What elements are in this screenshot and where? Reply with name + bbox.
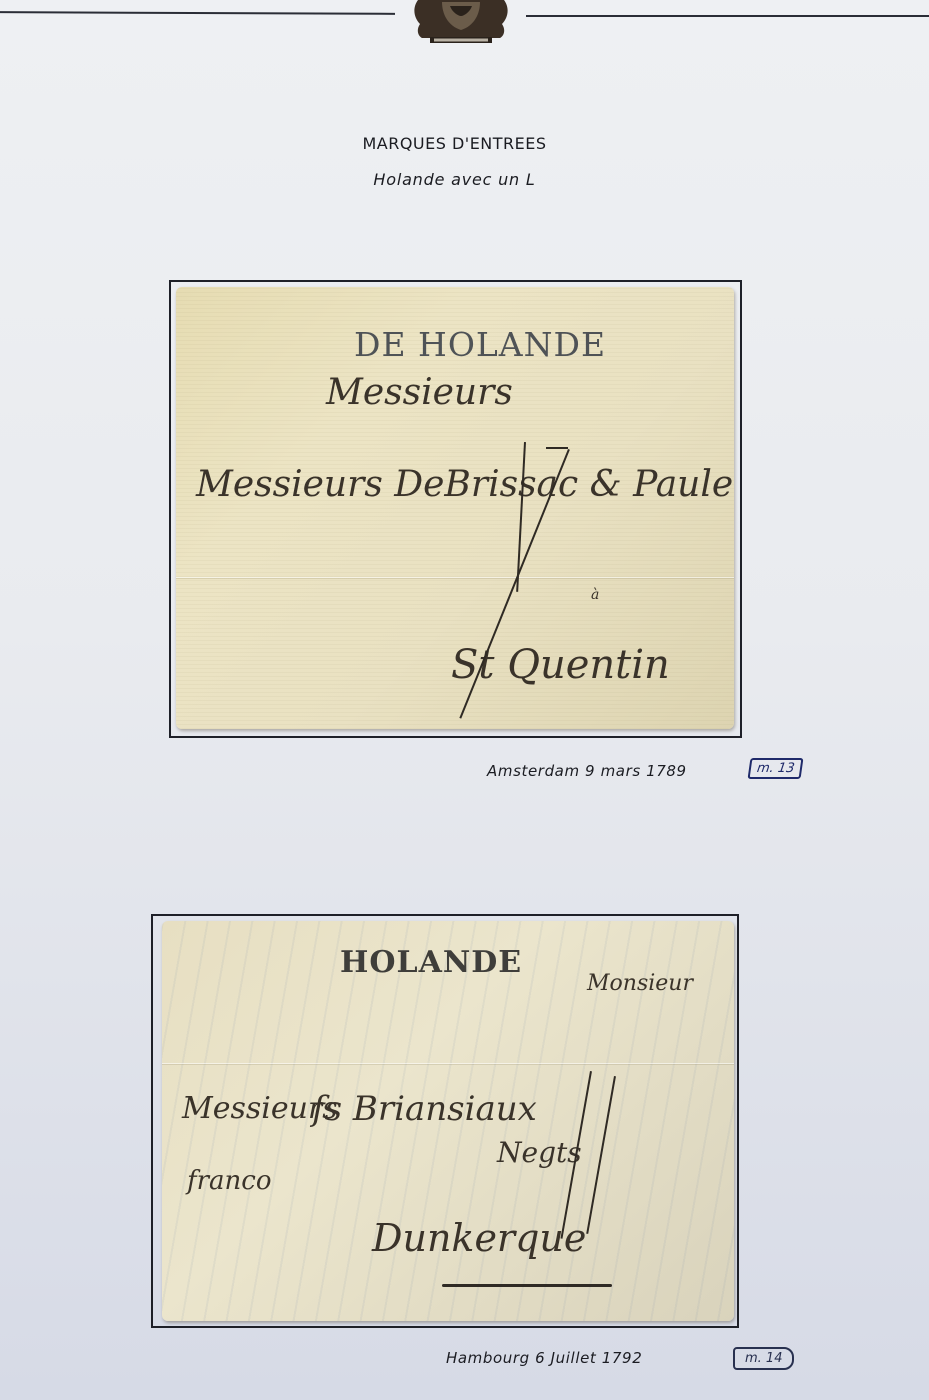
address-line: Messieurs DeBrissac & Paulet <box>196 464 734 505</box>
postal-cover-1: DE HOLANDE Messieurs Messieurs DeBrissac… <box>176 287 734 729</box>
address-line: Negts <box>497 1136 582 1169</box>
cover-caption-1: Amsterdam 9 mars 1789 <box>487 762 687 780</box>
address-line: Dunkerque <box>372 1216 586 1260</box>
cover-caption-2: Hambourg 6 Juillet 1792 <box>446 1349 642 1367</box>
reference-label-2: m. 14 <box>733 1347 794 1370</box>
rate-mark-stroke <box>546 447 568 449</box>
page-title: MARQUES D'ENTREES <box>0 134 919 153</box>
address-line: franco <box>187 1166 272 1196</box>
rate-mark-stroke <box>586 1076 616 1234</box>
header-rule-left <box>0 11 395 15</box>
underline-stroke <box>442 1284 612 1287</box>
reference-label-1: m. 13 <box>748 758 804 779</box>
coat-of-arms-icon <box>408 0 514 45</box>
page-subtitle: Holande avec un L <box>0 170 919 189</box>
address-line: Monsieur <box>587 971 693 996</box>
fold-line <box>162 1063 734 1064</box>
header-rule-right <box>526 15 929 17</box>
postal-cover-2: HOLANDE Monsieur Messieurs fs Briansiaux… <box>162 921 734 1321</box>
address-line: Messieurs <box>326 372 513 413</box>
postmark-de-holande: DE HOLANDE <box>354 325 606 364</box>
address-line: fs Briansiaux <box>312 1089 537 1129</box>
postmark-holande: HOLANDE <box>340 945 522 980</box>
address-line: à <box>591 587 599 603</box>
address-line: St Quentin <box>451 642 670 688</box>
fold-line <box>176 577 734 578</box>
